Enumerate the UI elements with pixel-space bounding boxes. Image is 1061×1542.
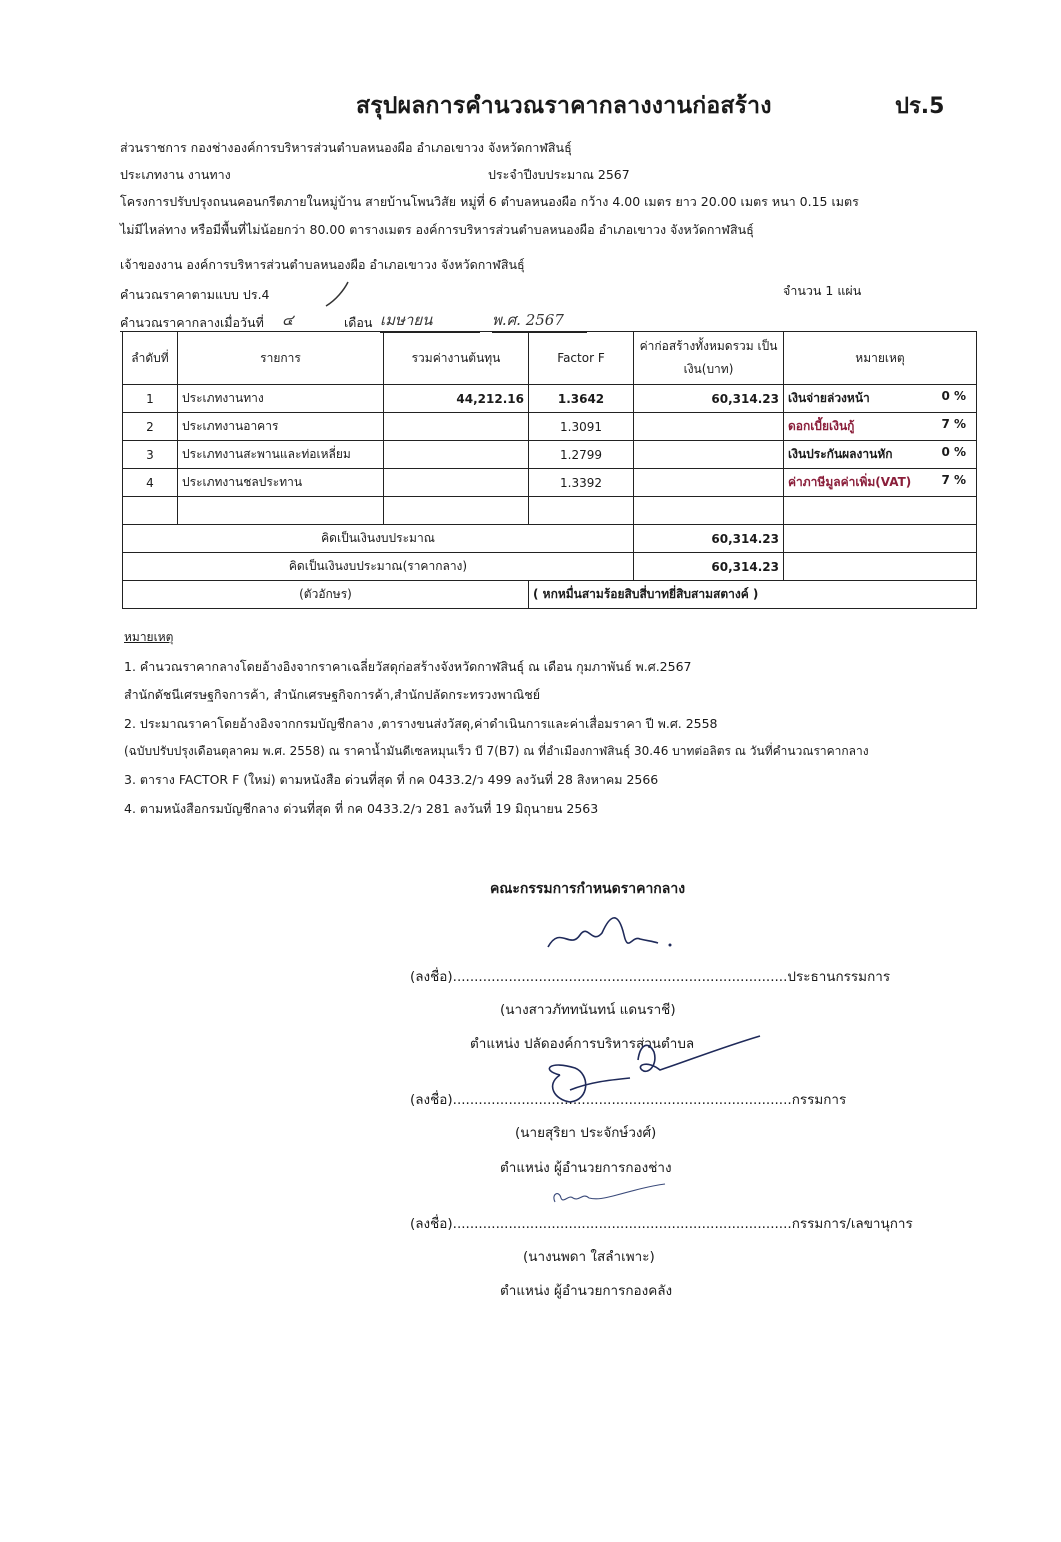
dotted-line: ........................................… bbox=[453, 1216, 792, 1232]
signature-secretary-icon bbox=[545, 1180, 675, 1210]
note-item: 1. คำนวณราคากลางโดยอ้างอิงจากราคาเฉลี่ยว… bbox=[124, 657, 692, 677]
row-no: 3 bbox=[123, 441, 178, 469]
calc-date-label: คำนวณราคากลางเมื่อวันที่ bbox=[120, 313, 264, 333]
row-cost bbox=[384, 469, 529, 497]
table-row: 1 ประเภทงานทาง 44,212.16 1.3642 60,314.2… bbox=[123, 385, 977, 413]
member-position: ตำแหน่ง ผู้อำนวยการกองคลัง bbox=[500, 1279, 672, 1301]
col-header-total: ค่าก่อสร้างทั้งหมดรวม เป็นเงิน(บาท) bbox=[634, 332, 784, 385]
member-role: กรรมการ bbox=[792, 1092, 847, 1108]
table-header-row: ลำดับที่ รายการ รวมค่างานต้นทุน Factor F… bbox=[123, 332, 977, 385]
project-line-2: ไม่มีไหล่ทาง หรือมีพื้นที่ไม่น้อยกว่า 80… bbox=[120, 220, 754, 240]
table-row-empty bbox=[123, 497, 977, 525]
handwritten-mark-icon bbox=[322, 280, 352, 308]
member-name: (นางนพดา ใสลำเพาะ) bbox=[523, 1245, 655, 1267]
budget-label: คิดเป็นเงินงบประมาณ bbox=[123, 525, 634, 553]
col-header-remark: หมายเหตุ bbox=[784, 332, 977, 385]
row-total bbox=[634, 413, 784, 441]
work-type: ประเภทงาน งานทาง bbox=[120, 165, 231, 185]
dotted-line: ........................................… bbox=[453, 1092, 792, 1108]
remark-label: เงินประกันผลงานหัก bbox=[788, 445, 893, 464]
table-row: 4 ประเภทงานชลประทาน 1.3392 ค่าภาษีมูลค่า… bbox=[123, 469, 977, 497]
sign-prefix: (ลงชื่อ) bbox=[410, 1092, 453, 1108]
row-item: ประเภทงานทาง bbox=[178, 385, 384, 413]
col-header-item: รายการ bbox=[178, 332, 384, 385]
remark-percent: 7 % bbox=[941, 417, 966, 436]
row-factor: 1.3091 bbox=[529, 413, 634, 441]
form-code: ปร.5 bbox=[895, 88, 944, 123]
sign-line-3: (ลงชื่อ)................................… bbox=[410, 1212, 913, 1234]
signature-chairman-icon bbox=[540, 905, 690, 960]
median-price-row: คิดเป็นเงินงบประมาณ(ราคากลาง) 60,314.23 bbox=[123, 553, 977, 581]
row-remark: เงินจ่ายล่วงหน้า0 % bbox=[784, 385, 977, 413]
median-price-label: คิดเป็นเงินงบประมาณ(ราคากลาง) bbox=[123, 553, 634, 581]
row-factor: 1.3642 bbox=[529, 385, 634, 413]
notes-heading: หมายเหตุ bbox=[124, 628, 173, 647]
row-item: ประเภทงานอาคาร bbox=[178, 413, 384, 441]
remark-label: เงินจ่ายล่วงหน้า bbox=[788, 389, 870, 408]
row-total bbox=[634, 441, 784, 469]
note-item: 4. ตามหนังสือกรมบัญชีกลาง ด่วนที่สุด ที่… bbox=[124, 799, 598, 819]
note-item: สำนักดัชนีเศรษฐกิจการค้า, สำนักเศรษฐกิจก… bbox=[124, 685, 540, 705]
row-cost bbox=[384, 441, 529, 469]
col-header-factor: Factor F bbox=[529, 332, 634, 385]
row-factor: 1.2799 bbox=[529, 441, 634, 469]
member-name: (นายสุริยา ประจักษ์วงศ์) bbox=[515, 1121, 656, 1143]
note-item: 3. ตาราง FACTOR F (ใหม่) ตามหนังสือ ด่วน… bbox=[124, 770, 658, 790]
sheet-count: จำนวน 1 แผ่น bbox=[783, 281, 861, 301]
calc-day: ๔ bbox=[282, 308, 293, 332]
sign-line-2: (ลงชื่อ)................................… bbox=[410, 1088, 846, 1110]
table-row: 2 ประเภทงานอาคาร 1.3091 ดอกเบี้ยเงินกู้7… bbox=[123, 413, 977, 441]
row-no: 1 bbox=[123, 385, 178, 413]
member-name: (นางสาวภัททนันทน์ แดนราชี) bbox=[500, 998, 676, 1020]
words-value: ( หกหมื่นสามร้อยสิบสี่บาทยี่สิบสามสตางค์… bbox=[529, 581, 977, 609]
row-remark: ค่าภาษีมูลค่าเพิ่ม(VAT)7 % bbox=[784, 469, 977, 497]
row-item: ประเภทงานชลประทาน bbox=[178, 469, 384, 497]
remark-percent: 0 % bbox=[941, 445, 966, 464]
note-item: (ฉบับปรับปรุงเดือนตุลาคม พ.ศ. 2558) ณ รา… bbox=[124, 742, 869, 761]
remark-label: ดอกเบี้ยเงินกู้ bbox=[788, 417, 854, 436]
calc-year: พ.ศ. 2567 bbox=[492, 308, 587, 333]
cost-summary-table: ลำดับที่ รายการ รวมค่างานต้นทุน Factor F… bbox=[122, 331, 977, 609]
row-item: ประเภทงานสะพานและท่อเหลี่ยม bbox=[178, 441, 384, 469]
remark-label: ค่าภาษีมูลค่าเพิ่ม(VAT) bbox=[788, 473, 911, 492]
agency-line: ส่วนราชการ กองช่างองค์การบริหารส่วนตำบลห… bbox=[120, 138, 572, 158]
calc-month: เมษายน bbox=[380, 308, 480, 333]
remark-percent: 0 % bbox=[941, 389, 966, 408]
words-label: (ตัวอักษร) bbox=[123, 581, 529, 609]
budget-row: คิดเป็นเงินงบประมาณ 60,314.23 bbox=[123, 525, 977, 553]
row-total: 60,314.23 bbox=[634, 385, 784, 413]
member-role: กรรมการ/เลขานุการ bbox=[792, 1216, 913, 1232]
calc-by-form: คำนวณราคาตามแบบ ปร.4 bbox=[120, 285, 270, 305]
sign-line-1: (ลงชื่อ)................................… bbox=[410, 965, 890, 987]
member-position: ตำแหน่ง ผู้อำนวยการกองช่าง bbox=[500, 1156, 672, 1178]
col-header-cost: รวมค่างานต้นทุน bbox=[384, 332, 529, 385]
remark-percent: 7 % bbox=[941, 473, 966, 492]
committee-heading: คณะกรรมการกำหนดราคากลาง bbox=[490, 878, 685, 900]
dotted-line: ........................................… bbox=[453, 969, 788, 985]
month-label: เดือน bbox=[344, 313, 372, 333]
row-factor: 1.3392 bbox=[529, 469, 634, 497]
row-cost bbox=[384, 413, 529, 441]
page-title: สรุปผลการคำนวณราคากลางงานก่อสร้าง bbox=[356, 88, 772, 124]
sign-prefix: (ลงชื่อ) bbox=[410, 969, 453, 985]
budget-value: 60,314.23 bbox=[634, 525, 784, 553]
row-no: 2 bbox=[123, 413, 178, 441]
member-role: ประธานกรรมการ bbox=[787, 969, 890, 985]
words-row: (ตัวอักษร) ( หกหมื่นสามร้อยสิบสี่บาทยี่ส… bbox=[123, 581, 977, 609]
row-cost: 44,212.16 bbox=[384, 385, 529, 413]
sign-prefix: (ลงชื่อ) bbox=[410, 1216, 453, 1232]
row-total bbox=[634, 469, 784, 497]
project-line-1: โครงการปรับปรุงถนนคอนกรีตภายในหมู่บ้าน ส… bbox=[120, 192, 859, 212]
owner-line: เจ้าของงาน องค์การบริหารส่วนตำบลหนองผือ … bbox=[120, 255, 525, 275]
row-remark: เงินประกันผลงานหัก0 % bbox=[784, 441, 977, 469]
note-item: 2. ประมาณราคาโดยอ้างอิงจากกรมบัญชีกลาง ,… bbox=[124, 714, 718, 734]
col-header-no: ลำดับที่ bbox=[123, 332, 178, 385]
fiscal-year: ประจำปีงบประมาณ 2567 bbox=[488, 165, 630, 185]
row-remark: ดอกเบี้ยเงินกู้7 % bbox=[784, 413, 977, 441]
median-price-value: 60,314.23 bbox=[634, 553, 784, 581]
table-row: 3 ประเภทงานสะพานและท่อเหลี่ยม 1.2799 เงิ… bbox=[123, 441, 977, 469]
row-no: 4 bbox=[123, 469, 178, 497]
